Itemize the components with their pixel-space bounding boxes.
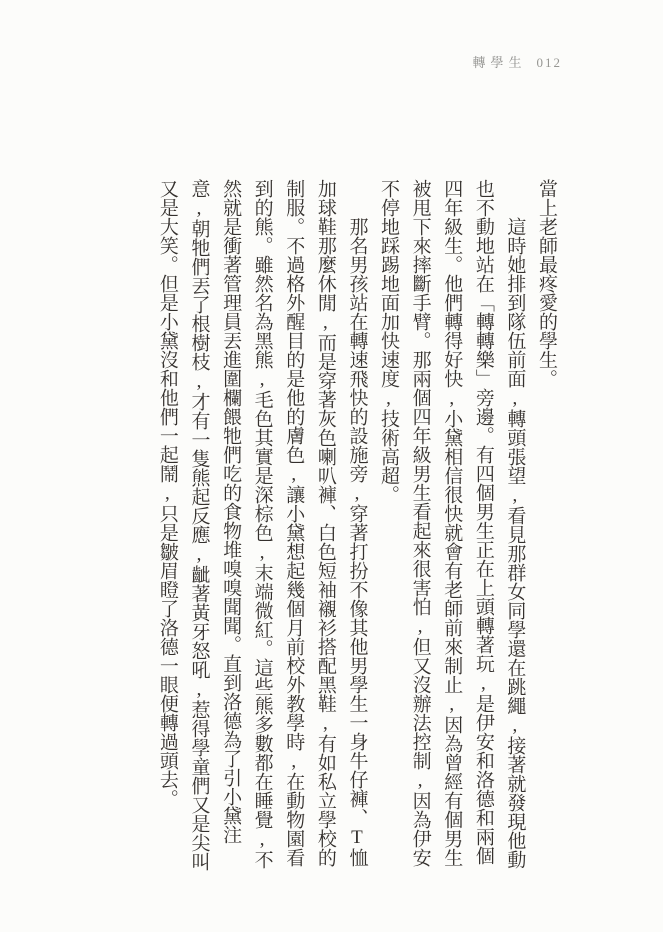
book-page: 轉學生 012 當上老師最疼愛的學生。 這時她排到隊伍前面,轉頭張望,看見那群女… bbox=[0, 0, 663, 932]
running-head-book-title: 轉學生 bbox=[472, 55, 526, 71]
page-number: 012 bbox=[537, 55, 563, 71]
running-head: 轉學生 012 bbox=[472, 55, 562, 71]
paragraph: 那名男孩站在轉速飛快的設施旁,穿著打扮不像其他男學生一身牛仔褲、T恤加球鞋那麼休… bbox=[151, 179, 372, 871]
paragraph: 這時她排到隊伍前面,轉頭張望,看見那群女同學還在跳繩,接著就發現他動也不動地站在… bbox=[372, 179, 530, 871]
body-text-block: 當上老師最疼愛的學生。 這時她排到隊伍前面,轉頭張望,看見那群女同學還在跳繩,接… bbox=[151, 179, 562, 871]
paragraph-continuation: 當上老師最疼愛的學生。 bbox=[530, 179, 562, 871]
